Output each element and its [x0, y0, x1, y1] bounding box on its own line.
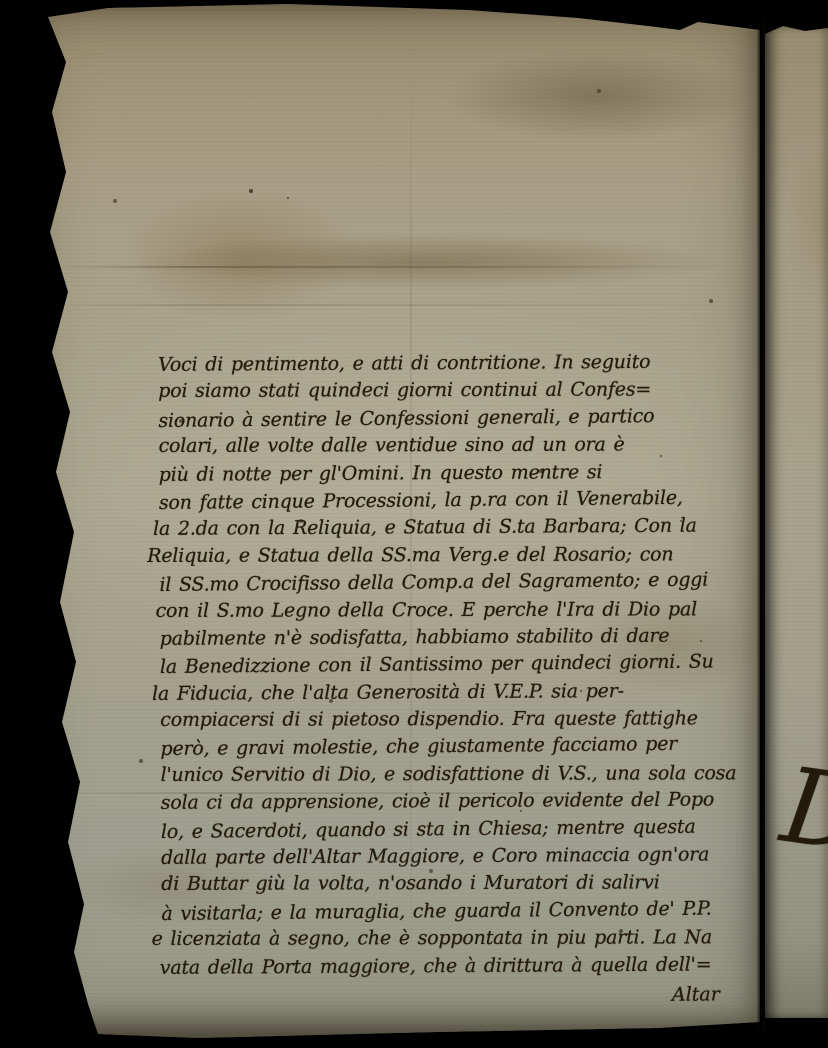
ink-specks [18, 4, 20, 6]
horizontal-fold-crease [52, 304, 752, 306]
manuscript-line: lo, e Sacerdoti, quando si sta in Chiesa… [161, 813, 765, 846]
adjacent-page-initial: D [776, 753, 828, 868]
horizontal-fold-crease [52, 266, 752, 268]
manuscript-line: vata della Porta maggiore, che à dirittu… [160, 951, 766, 982]
adjacent-page-edge: D [765, 26, 828, 1018]
manuscript-line: Voci di pentimento, e atti di contrition… [158, 348, 762, 379]
manuscript-photo: Voci di pentimento, e atti di contrition… [0, 0, 828, 1048]
manuscript-line: Reliquia, e Statua della SS.ma Verg.e de… [147, 541, 763, 570]
manuscript-page: Voci di pentimento, e atti di contrition… [18, 4, 760, 1038]
manuscript-line: e licenziata à segno, che è soppontata i… [152, 924, 766, 953]
manuscript-line: di Buttar giù la volta, n'osando i Murat… [161, 870, 765, 899]
manuscript-line: sionario à sentire le Confessioni genera… [158, 402, 762, 435]
manuscript-line: la Fiducia, che l'alta Generosità di V.E… [152, 677, 764, 708]
manuscript-line: l'unico Servitio di Dio, e sodisfattione… [161, 760, 765, 789]
manuscript-line: con il S.mo Legno della Croce. E perche … [156, 596, 764, 625]
manuscript-text-block: Voci di pentimento, e atti di contrition… [158, 348, 766, 1009]
manuscript-line: dalla parte dell'Altar Maggiore, e Coro … [161, 841, 765, 872]
manuscript-line: colari, alle volte dalle ventidue sino a… [159, 431, 763, 460]
manuscript-line: sola ci da apprensione, cioè il pericolo… [161, 786, 765, 817]
manuscript-line: il SS.mo Crocifisso della Comp.a del Sag… [159, 566, 763, 599]
catchword: Altar [672, 983, 766, 1006]
page-gutter-shadow [757, 18, 765, 1034]
manuscript-line: poi siamo stati quindeci giorni continui… [158, 377, 762, 406]
manuscript-line: à visitarla; e la muraglia, che guarda i… [161, 895, 765, 928]
manuscript-line: la 2.da con la Reliquia, e Statua di S.t… [153, 513, 763, 544]
manuscript-line: però, e gravi molestie, che giustamente … [160, 730, 764, 763]
